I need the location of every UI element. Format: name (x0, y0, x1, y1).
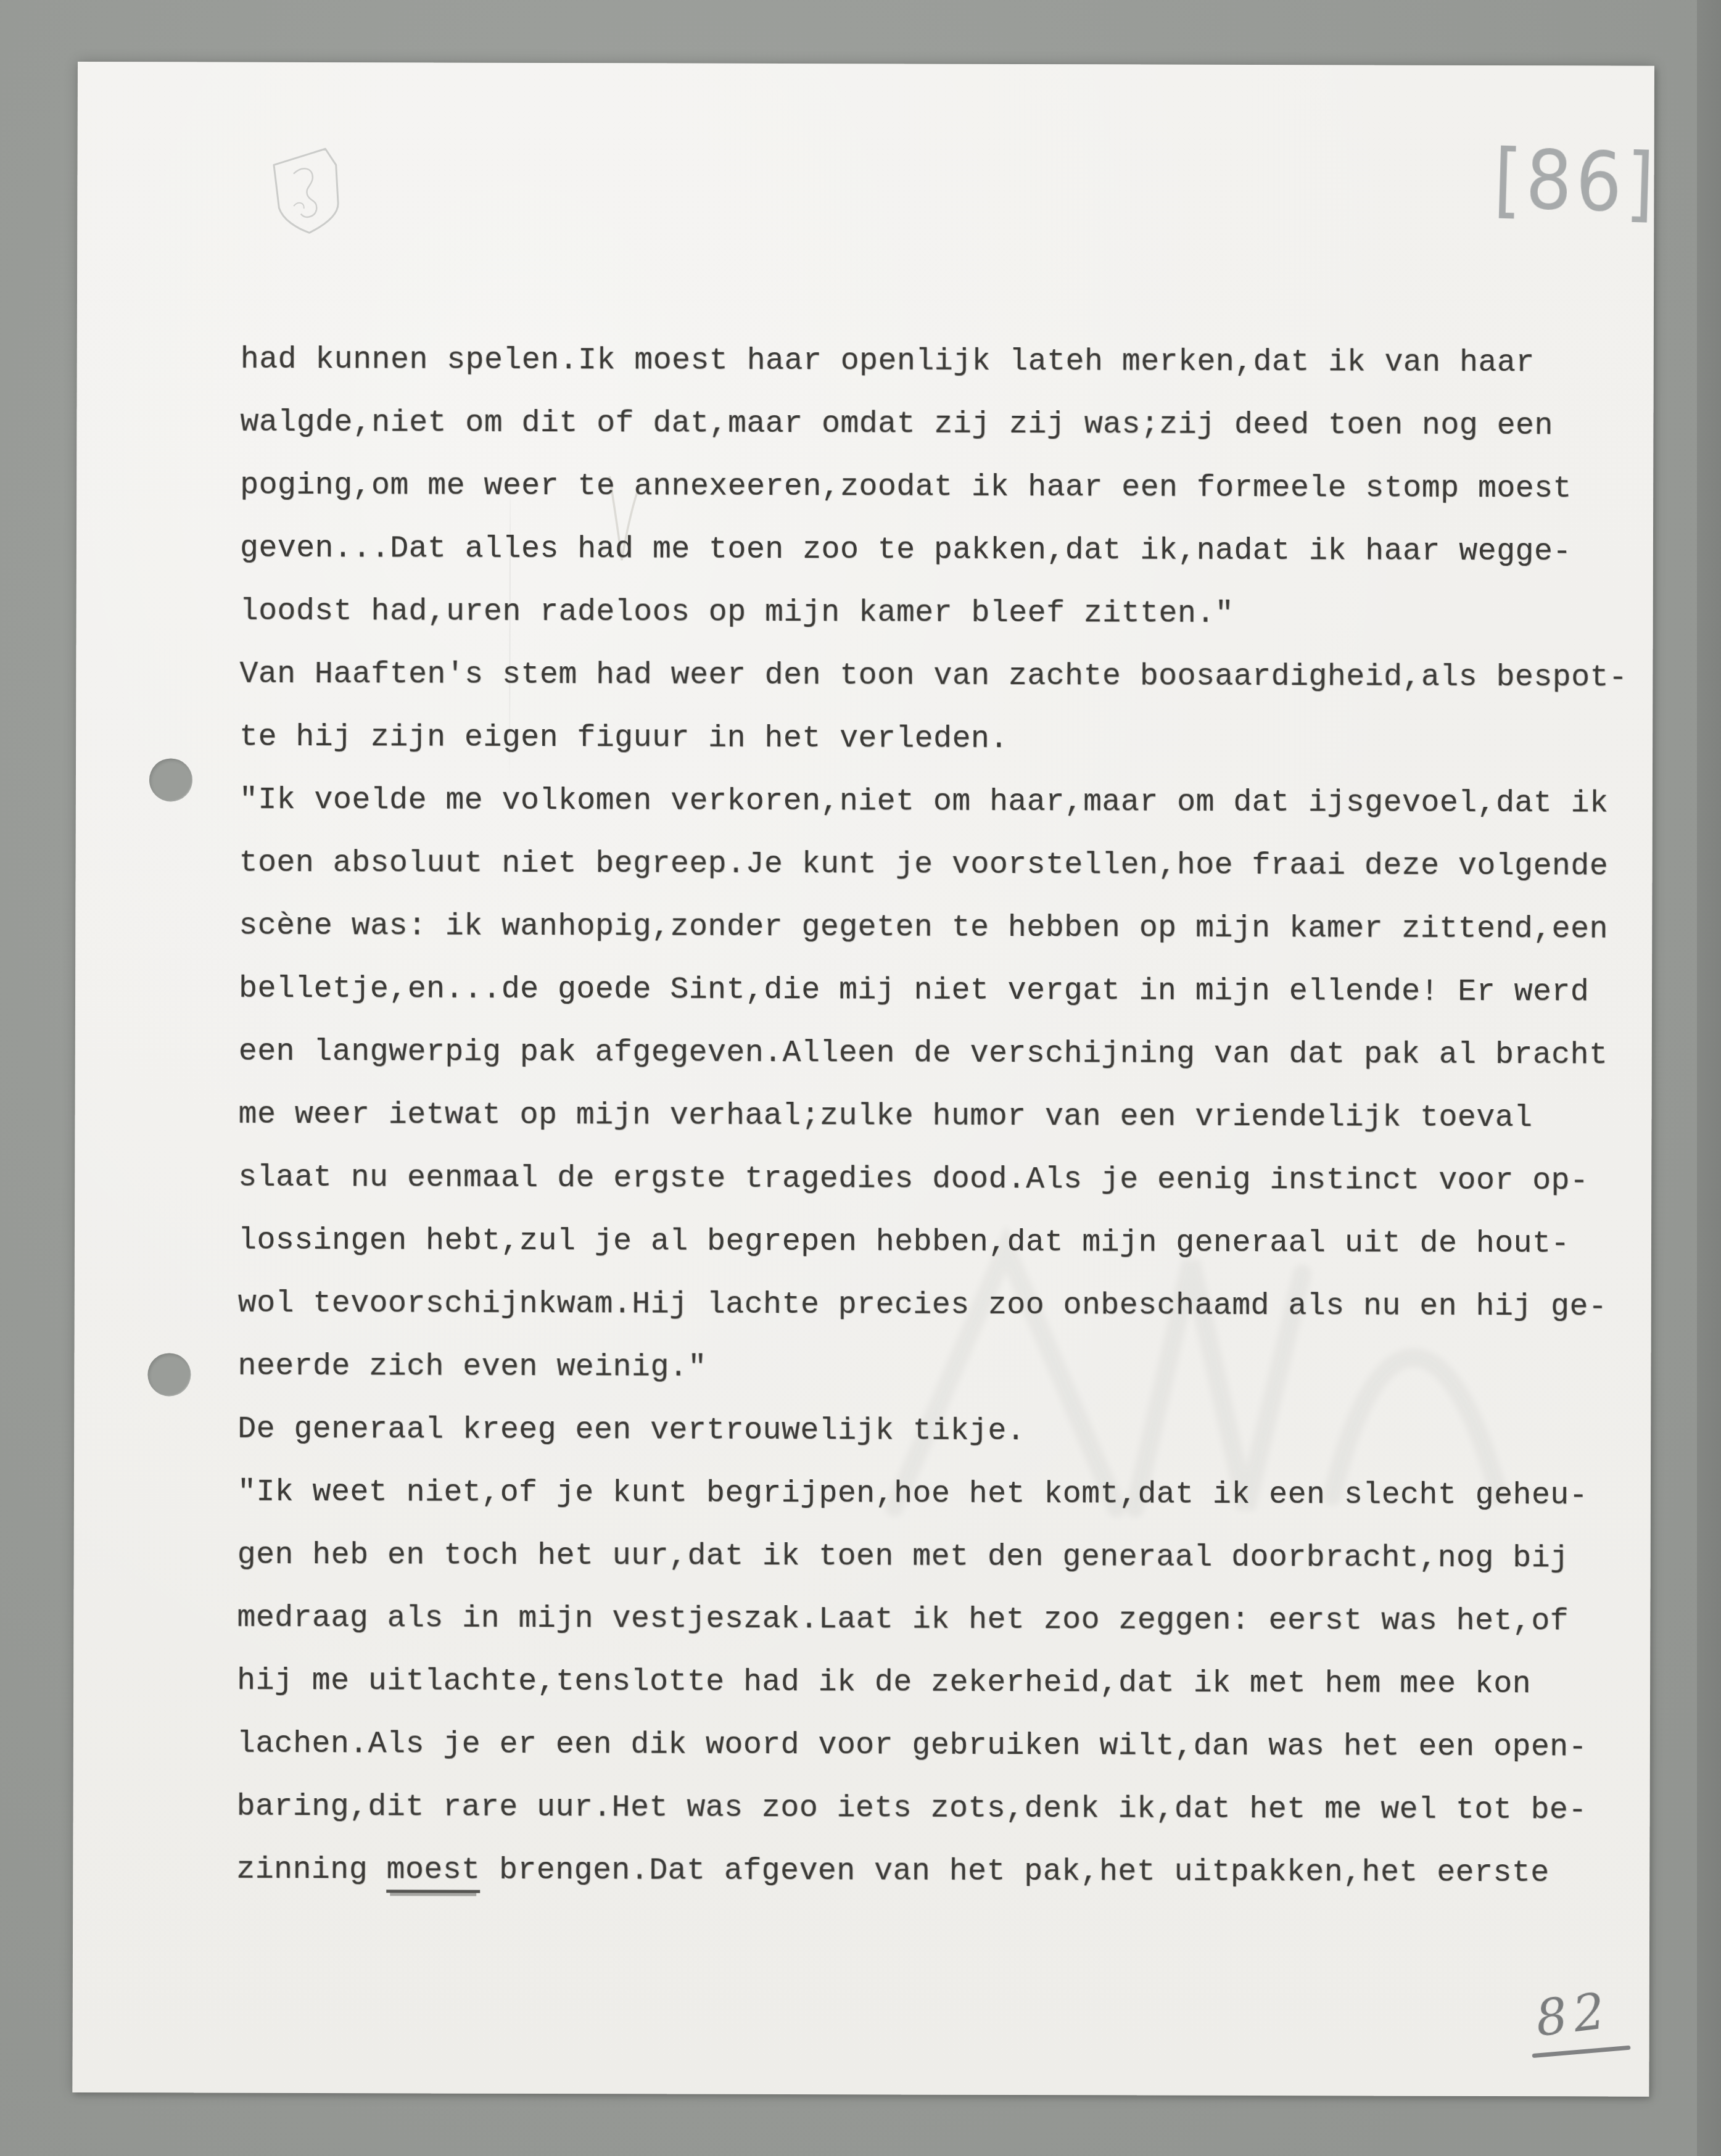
typed-line: slaat nu eenmaal de ergste tragedies doo… (238, 1147, 1657, 1213)
typed-line: poging,om me weer te annexeeren,zoodat i… (240, 455, 1659, 521)
typed-line: walgde,niet om dit of dat,maar omdat zij… (240, 392, 1659, 458)
typed-line: zinning moest brengen.Dat afgeven van he… (236, 1839, 1655, 1906)
typed-line: belletje,en...de goede Sint,die mij niet… (239, 958, 1657, 1025)
typed-line: geven...Dat alles had me toen zoo te pak… (240, 518, 1659, 584)
archive-number-underline (1532, 2046, 1631, 2059)
typed-line: toen absoluut niet begreep.Je kunt je vo… (239, 832, 1657, 899)
typed-line: "Ik weet niet,of je kunt begrijpen,hoe h… (237, 1461, 1656, 1528)
archive-number-pencil: 82 (1533, 1986, 1613, 2044)
typed-line: een langwerpig pak afgegeven.Alleen de v… (239, 1021, 1657, 1088)
typed-line: lachen.Als je er een dik woord voor gebr… (237, 1713, 1656, 1780)
typed-line: baring,dit rare uur.Het was zoo iets zot… (236, 1776, 1655, 1843)
manuscript-page: [86] had kunnen spelen.Ik moest haar ope… (72, 62, 1654, 2097)
page-number-pencil: [86] (1493, 138, 1659, 224)
typed-line: gen heb en toch het uur,dat ik toen met … (237, 1524, 1656, 1591)
underlined-word: moest (386, 1852, 480, 1893)
typed-line: scène was: ik wanhopig,zonder gegeten te… (239, 895, 1657, 962)
typed-line: hij me uitlachte,tenslotte had ik de zek… (237, 1650, 1656, 1717)
shield-stamp-icon (265, 143, 352, 239)
typed-line: had kunnen spelen.Ik moest haar openlijk… (241, 329, 1659, 395)
typed-line: De generaal kreeg een vertrouwelijk tikj… (237, 1398, 1656, 1465)
typed-line: lossingen hebt,zul je al begrepen hebben… (238, 1210, 1657, 1276)
typed-line: te hij zijn eigen figuur in het verleden… (239, 706, 1658, 773)
scan-backdrop: { "document": { "page_number_pencil": "[… (0, 0, 1721, 2156)
typed-line: neerde zich even weinig." (237, 1336, 1656, 1402)
punch-hole-top (149, 758, 192, 801)
punch-hole-bottom (147, 1353, 191, 1396)
typed-line: loodst had,uren radeloos op mijn kamer b… (240, 580, 1659, 647)
typed-text: had kunnen spelen.Ik moest haar openlijk… (236, 329, 1659, 1906)
typed-line: Van Haaften's stem had weer den toon van… (239, 643, 1658, 710)
typed-line: medraag als in mijn vestjeszak.Laat ik h… (237, 1587, 1656, 1654)
typed-line: "Ik voelde me volkomen verkoren,niet om … (239, 769, 1658, 836)
typed-line: wol tevoorschijnkwam.Hij lachte precies … (238, 1273, 1657, 1339)
typed-line: me weer ietwat op mijn verhaal;zulke hum… (238, 1084, 1657, 1150)
